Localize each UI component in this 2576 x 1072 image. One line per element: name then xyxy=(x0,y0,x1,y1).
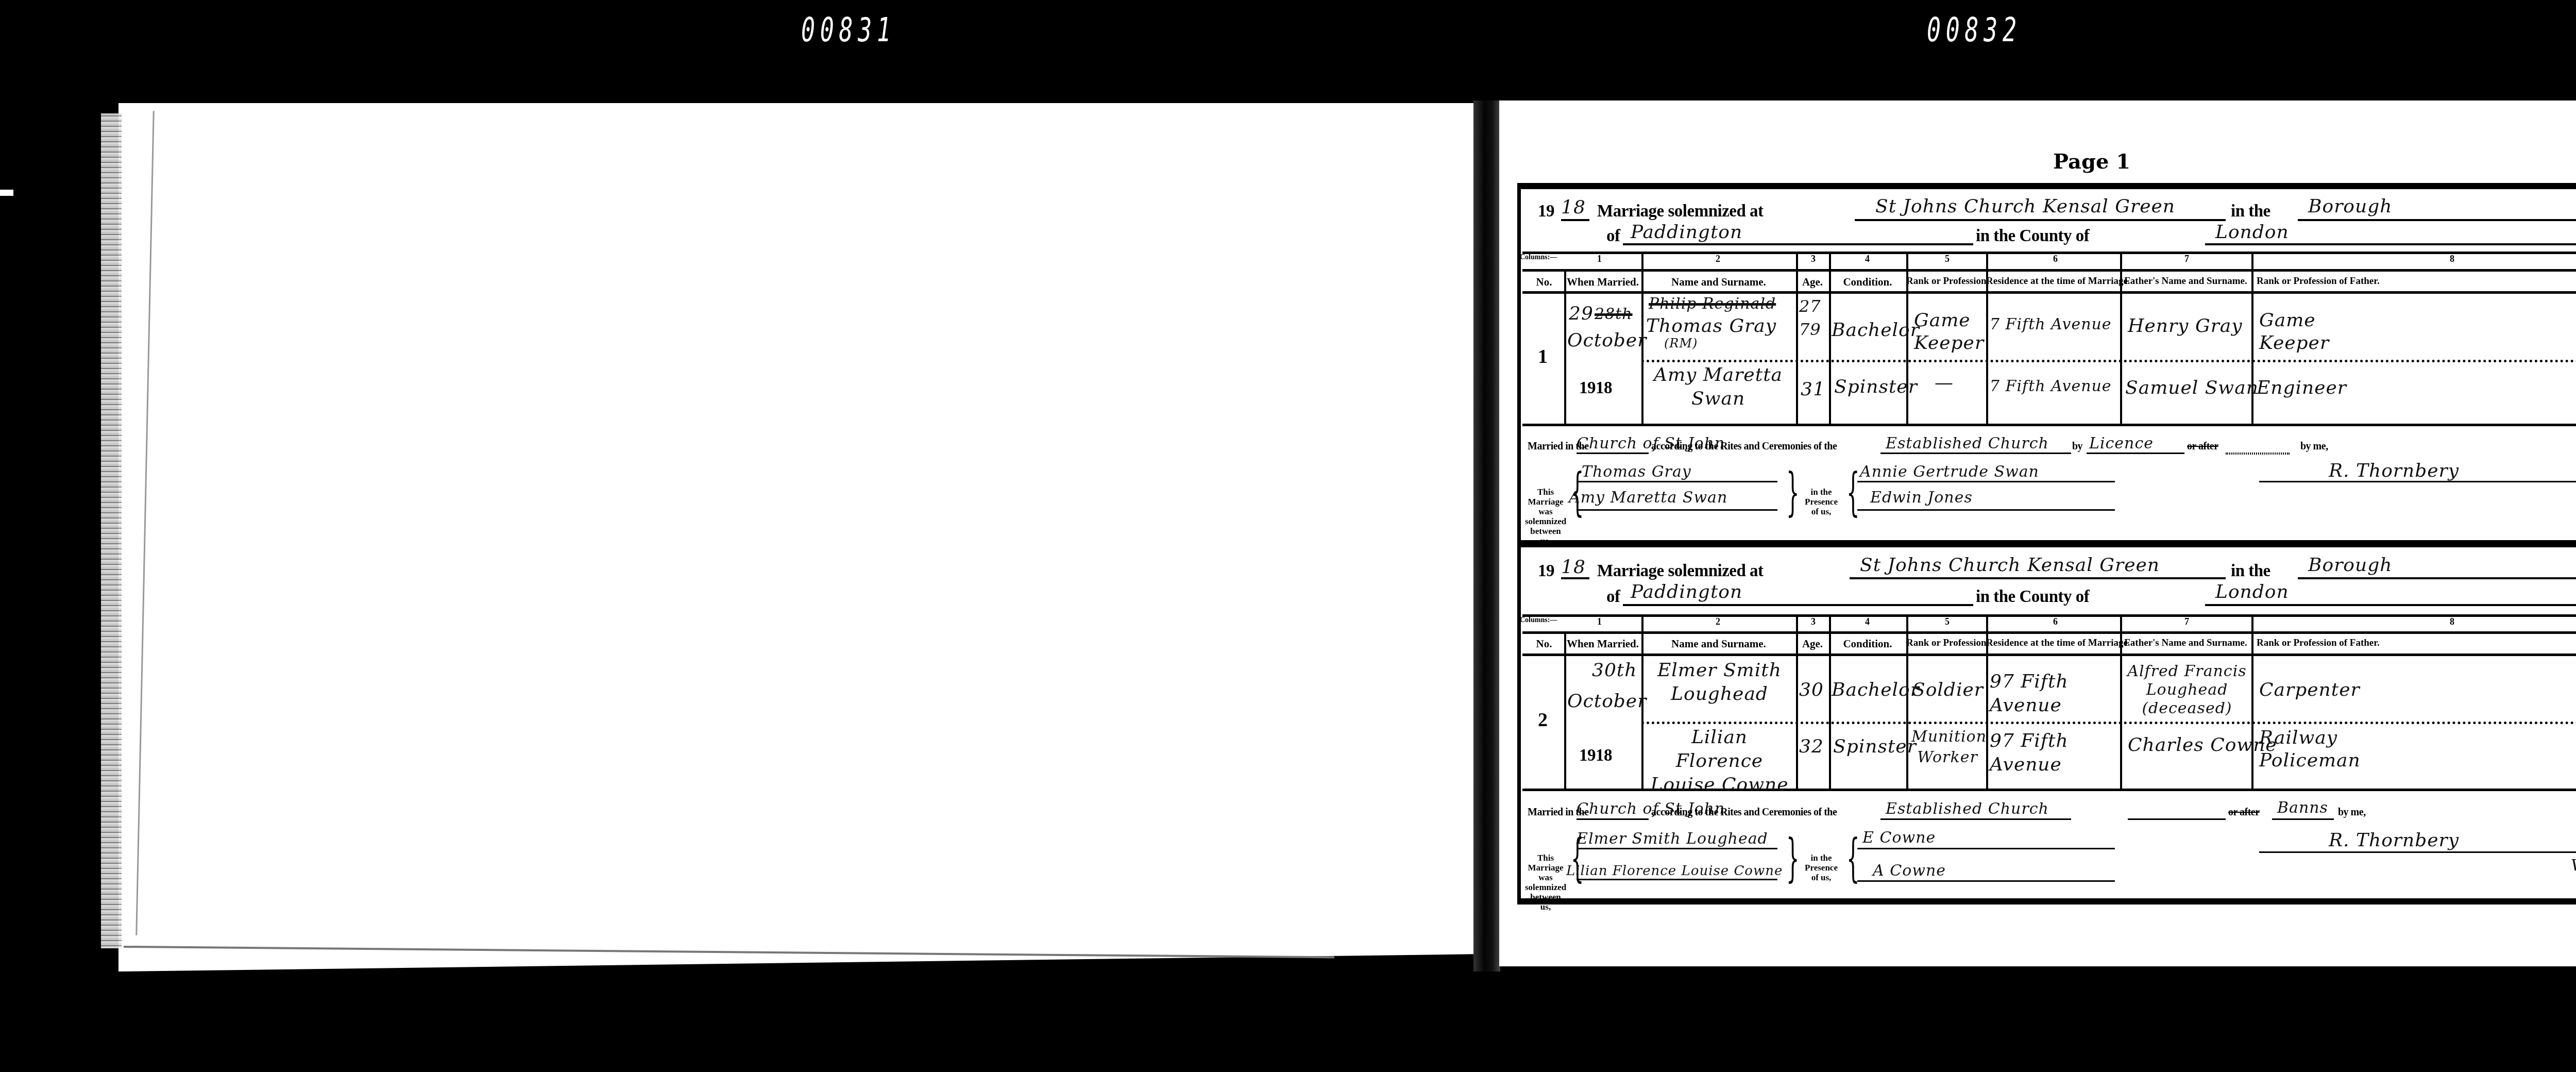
or-after-label: or after xyxy=(2228,807,2260,818)
col-num: 5 xyxy=(1945,616,1950,627)
groom-father: Alfred Francis Loughead (deceased) xyxy=(2125,662,2249,718)
col-num: 1 xyxy=(1597,254,1602,264)
month-married: October xyxy=(1567,330,1647,351)
header-no: No. xyxy=(1524,276,1564,289)
of-label: of xyxy=(1606,588,1620,607)
by-label: by xyxy=(2072,441,2082,453)
groom-father-rank: Game Keeper xyxy=(2259,309,2331,355)
presence-label: in the Presence of us, xyxy=(1803,853,1839,882)
header-age: Age. xyxy=(1796,638,1829,650)
year-suffix: 18 xyxy=(1561,557,1586,578)
rites-label: according to the Rites and Ceremonies of… xyxy=(1651,441,1837,453)
bride-rank: — xyxy=(1935,372,1954,393)
rites-value: Established Church xyxy=(1886,800,2049,818)
header-when-married: When Married. xyxy=(1564,276,1641,289)
groom-father: Henry Gray xyxy=(2128,315,2243,337)
groom-residence: 7 Fifth Avenue xyxy=(1990,315,2112,333)
header-rank: Rank or Profession. xyxy=(1906,638,1986,649)
left-page xyxy=(118,103,1475,971)
right-brace: } xyxy=(1786,832,1799,884)
in-the-label: in the xyxy=(2231,202,2270,221)
solemnized-label: Marriage solemnized at xyxy=(1597,202,1764,221)
bride-father: Samuel Swan xyxy=(2125,377,2259,398)
district-name: Paddington xyxy=(1631,581,1742,602)
header-when-married: When Married. xyxy=(1564,638,1641,650)
header-name: Name and Surname. xyxy=(1641,276,1796,289)
officiant-signature: R. Thornbery xyxy=(2329,830,2459,851)
groom-residence: 97 Fifth Avenue xyxy=(1990,670,2113,717)
district-type: Borough xyxy=(2308,555,2392,576)
in-the-label: in the xyxy=(2231,562,2270,581)
witness-1: E Cowne xyxy=(1862,829,1936,847)
bride-age: 32 xyxy=(1799,736,1824,757)
header-condition: Condition. xyxy=(1829,276,1906,289)
col-num: 3 xyxy=(1811,254,1816,264)
groom-condition: Bachelor xyxy=(1832,679,1920,700)
witness-1: Annie Gertrude Swan xyxy=(1860,463,2039,481)
groom-age-corrected: 79 xyxy=(1799,320,1821,339)
officiant-title: Vicar xyxy=(2571,857,2576,875)
book-spine xyxy=(1473,100,1500,971)
header-no: No. xyxy=(1524,638,1564,650)
this-marriage-label: This Marriage was solemnized between us, xyxy=(1525,853,1566,912)
month-married: October xyxy=(1567,691,1647,712)
bride-name: Amy Maretta Swan xyxy=(1646,363,1790,411)
or-after-value: Banns xyxy=(2277,799,2328,817)
bride-residence: 97 Fifth Avenue xyxy=(1990,729,2113,777)
groom-age: 30 xyxy=(1799,679,1824,700)
entry-number: 1 xyxy=(1538,345,1548,368)
bride-name: Lilian Florence Louise Cowne xyxy=(1646,726,1793,797)
header-name: Name and Surname. xyxy=(1641,638,1796,650)
year-label: 19 xyxy=(1538,202,1554,221)
solemnized-label: Marriage solemnized at xyxy=(1597,562,1764,581)
day-married: 29 xyxy=(1569,303,1594,324)
bride-age: 31 xyxy=(1801,379,1825,400)
bride-signature: Lilian Florence Louise Cowne xyxy=(1566,863,1783,879)
entry-number: 2 xyxy=(1538,709,1548,731)
groom-condition: Bachelor xyxy=(1832,320,1920,341)
this-marriage-label: This Marriage was solemnized between us, xyxy=(1525,487,1566,546)
bride-father-rank: Engineer xyxy=(2257,377,2347,398)
rites-label: according to the Rites and Ceremonies of… xyxy=(1651,807,1837,818)
groom-name: Elmer Smith Loughead xyxy=(1646,659,1793,706)
col-num: 6 xyxy=(2053,254,2058,264)
frame-number-right: 00832 xyxy=(1927,11,2022,49)
of-label: of xyxy=(1606,227,1620,246)
header-father-rank: Rank or Profession of Father. xyxy=(2251,276,2576,287)
col-num: 7 xyxy=(2184,254,2189,264)
col-num: 5 xyxy=(1945,254,1950,264)
page-label: Page 1 xyxy=(2053,149,2130,174)
witness-2: Edwin Jones xyxy=(1870,489,1973,507)
district-type: Borough xyxy=(2308,196,2392,217)
header-condition: Condition. xyxy=(1829,638,1906,650)
groom-name-note: (RM) xyxy=(1664,336,1698,350)
district-name: Paddington xyxy=(1631,222,1742,243)
bride-father-rank: Railway Policeman xyxy=(2259,727,2336,772)
presence-label: in the Presence of us, xyxy=(1803,487,1839,516)
header-residence: Residence at the time of Marriage. xyxy=(1986,638,2120,649)
col-num: 1 xyxy=(1597,616,1602,627)
bride-residence: 7 Fifth Avenue xyxy=(1990,377,2112,395)
frame-number-left: 00831 xyxy=(801,11,896,49)
groom-signature: Thomas Gray xyxy=(1582,463,1691,481)
col-num: 6 xyxy=(2053,616,2058,627)
bride-signature: Amy Maretta Swan xyxy=(1569,489,1727,507)
columns-label: Columns:— xyxy=(1520,616,1557,625)
county-name: London xyxy=(2215,222,2289,243)
columns-label: Columns:— xyxy=(1520,254,1557,262)
col-num: 8 xyxy=(2450,254,2454,264)
groom-rank: Soldier xyxy=(1912,679,1984,700)
col-num: 3 xyxy=(1811,616,1816,627)
year-suffix: 18 xyxy=(1561,197,1586,218)
county-label: in the County of xyxy=(1976,227,2089,246)
day-struck: 28th xyxy=(1595,305,1633,323)
header-age: Age. xyxy=(1796,276,1829,289)
by-value: Licence xyxy=(2089,434,2154,453)
year-label: 19 xyxy=(1538,562,1554,581)
groom-father-rank: Carpenter xyxy=(2259,679,2360,700)
header-father-name: Father's Name and Surname. xyxy=(2120,276,2251,287)
col-num: 8 xyxy=(2450,616,2454,627)
bride-condition: Spinster xyxy=(1833,736,1917,757)
witness-2: A Cowne xyxy=(1873,862,1946,880)
rites-value: Established Church xyxy=(1886,434,2049,453)
groom-name-struck: Philip Reginald xyxy=(1649,295,1776,313)
or-after-label: or after xyxy=(2187,441,2218,453)
scanner-edge-mark xyxy=(0,190,13,196)
col-num: 4 xyxy=(1865,616,1870,627)
by-me-label: by me, xyxy=(2338,807,2366,818)
right-brace: } xyxy=(1786,466,1799,518)
left-page-edge xyxy=(101,113,122,948)
church-name: St Johns Church Kensal Green xyxy=(1860,555,2160,576)
year-married: 1918 xyxy=(1579,379,1612,398)
col-num: 2 xyxy=(1716,616,1720,627)
header-father-name: Father's Name and Surname. xyxy=(2120,638,2251,649)
year-married: 1918 xyxy=(1579,746,1612,765)
bride-condition: Spinster xyxy=(1834,376,1918,397)
groom-signature: Elmer Smith Loughead xyxy=(1577,830,1768,848)
bride-father: Charles Cowne xyxy=(2128,734,2277,756)
header-rank: Rank or Profession. xyxy=(1906,276,1986,287)
col-num: 7 xyxy=(2184,616,2189,627)
by-me-label: by me, xyxy=(2300,441,2328,453)
church-name: St Johns Church Kensal Green xyxy=(1875,196,2175,217)
groom-name: Thomas Gray xyxy=(1646,315,1776,337)
groom-rank: Game Keeper xyxy=(1914,309,1981,355)
officiant-signature: R. Thornbery xyxy=(2329,460,2459,481)
county-name: London xyxy=(2215,581,2289,602)
groom-age: 27 xyxy=(1799,296,1821,316)
left-brace: { xyxy=(1846,832,1859,884)
bride-rank: Munition Worker xyxy=(1911,727,1984,768)
county-label: in the County of xyxy=(1976,588,2089,607)
col-num: 4 xyxy=(1865,254,1870,264)
header-father-rank: Rank or Profession of Father. xyxy=(2251,638,2576,649)
col-num: 2 xyxy=(1716,254,1720,264)
header-residence: Residence at the time of Marriage. xyxy=(1986,276,2120,287)
day-married: 30th xyxy=(1592,660,1637,681)
